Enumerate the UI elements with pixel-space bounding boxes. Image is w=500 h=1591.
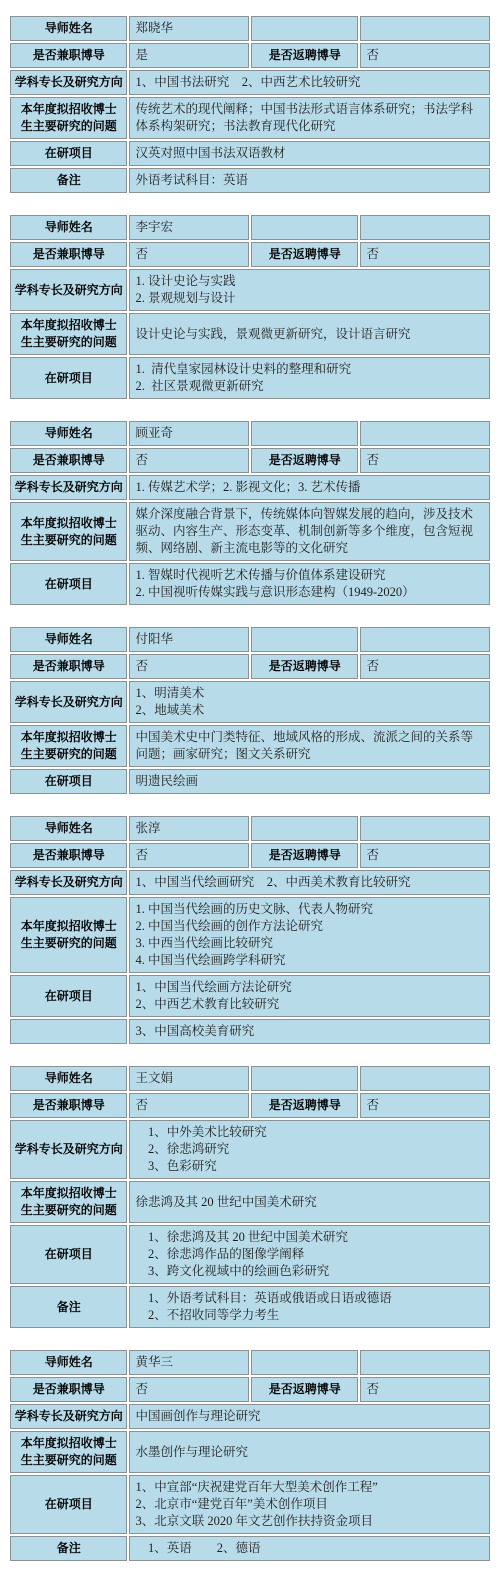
table-row: 是否兼职博导否是否返聘博导否 (10, 1093, 490, 1118)
field-label: 是否兼职博导 (10, 654, 127, 679)
text-line: 2. 中国视听传媒实践与意识形态建构（1949-2020） (135, 584, 484, 601)
table-row: 导师姓名黄华三 (10, 1350, 490, 1375)
table-row: 本年度拟招收博士生主要研究的问题中国美术史中门类特征、地域风格的形成、流派之间的… (10, 725, 490, 767)
table-row: 本年度拟招收博士生主要研究的问题传统艺术的现代阐释；中国书法形式语言体系研究；书… (10, 97, 490, 139)
text-line: 3、中国高校美育研究 (135, 1023, 484, 1040)
field-value: 1、中国当代绘画方法论研究2、中西艺术教育比较研究 (129, 975, 490, 1017)
table-row: 导师姓名郑晓华 (10, 16, 490, 41)
field-value: 否 (360, 843, 490, 868)
text-line: 否 (135, 658, 243, 675)
text-line: 徐悲鸿及其 20 世纪中国美术研究 (135, 1194, 484, 1211)
text-line: 是否返聘博导 (253, 47, 356, 64)
advisor-table: 导师姓名王文娟是否兼职博导否是否返聘博导否学科专长及研究方向 1、中外美术比较研… (8, 1064, 492, 1330)
field-value: 3、中国高校美育研究 (129, 1019, 490, 1044)
field-value: 是 (129, 43, 249, 68)
text-line: 2、地域美术 (135, 702, 484, 719)
text-line: 2、徐悲鸿研究 (135, 1141, 484, 1158)
text-line: 是否返聘博导 (253, 658, 356, 675)
text-line: 否 (366, 1381, 484, 1398)
text-line: 否 (366, 246, 484, 263)
text-line: 导师姓名 (12, 219, 125, 236)
field-value: 1、徐悲鸿及其 20 世纪中国美术研究 2、徐悲鸿作品的图像学阐释 3、跨文化视… (129, 1225, 490, 1284)
text-line: 导师姓名 (12, 20, 125, 37)
table-row: 本年度拟招收博士生主要研究的问题徐悲鸿及其 20 世纪中国美术研究 (10, 1181, 490, 1223)
field-value: 否 (129, 843, 249, 868)
text-line: 在研项目 (12, 1246, 125, 1263)
field-value (251, 627, 358, 652)
text-line: 是否返聘博导 (253, 1381, 356, 1398)
text-line: 生主要研究的问题 (12, 118, 125, 135)
text-line: 汉英对照中国书法双语教材 (135, 145, 484, 162)
text-line: 水墨创作与理论研究 (135, 1444, 484, 1461)
field-value: 水墨创作与理论研究 (129, 1431, 490, 1473)
text-line: 本年度拟招收博士 (12, 515, 125, 532)
table-row: 是否兼职博导否是否返聘博导否 (10, 843, 490, 868)
field-label: 是否兼职博导 (10, 242, 127, 267)
field-label: 学科专长及研究方向 (10, 1404, 127, 1429)
text-line: 是否返聘博导 (253, 1097, 356, 1114)
field-label: 导师姓名 (10, 1066, 127, 1091)
text-line: 是否兼职博导 (12, 452, 125, 469)
table-row: 在研项目 1、徐悲鸿及其 20 世纪中国美术研究 2、徐悲鸿作品的图像学阐释 3… (10, 1225, 490, 1284)
text-line: 媒介深度融合背景下，传统媒体向智媒发展的趋向，涉及技术驱动、内容生产、形态变革、… (135, 506, 484, 557)
field-value: 1、中国书法研究 2、中西艺术比较研究 (129, 70, 490, 95)
field-label: 在研项目 (10, 563, 127, 605)
text-line: 备注 (12, 1299, 125, 1316)
text-line: 是否返聘博导 (253, 452, 356, 469)
text-line: 本年度拟招收博士 (12, 729, 125, 746)
text-line: 否 (135, 452, 243, 469)
field-value: 付阳华 (129, 627, 249, 652)
field-value: 否 (360, 448, 490, 473)
field-label (10, 1019, 127, 1044)
text-line: 郑晓华 (135, 20, 243, 37)
field-value: 外语考试科目：英语 (129, 168, 490, 193)
text-line: 生主要研究的问题 (12, 532, 125, 549)
text-line: 导师姓名 (12, 425, 125, 442)
text-line: 是否返聘博导 (253, 246, 356, 263)
field-value: 否 (360, 1377, 490, 1402)
text-line: 本年度拟招收博士 (12, 101, 125, 118)
text-line: 否 (366, 452, 484, 469)
field-value: 1. 中国当代绘画的历史文脉、代表人物研究2. 中国当代绘画的创作方法论研究3.… (129, 897, 490, 973)
text-line: 顾亚奇 (135, 425, 243, 442)
advisor-table: 导师姓名顾亚奇是否兼职博导否是否返聘博导否学科专长及研究方向1. 传媒艺术学；2… (8, 419, 492, 607)
text-line: 李宇宏 (135, 219, 243, 236)
text-line: 否 (135, 1381, 243, 1398)
document-body: { "colors": { "cell_bg": "#b7dbe9", "bor… (0, 0, 500, 1591)
table-row: 本年度拟招收博士生主要研究的问题媒介深度融合背景下，传统媒体向智媒发展的趋向，涉… (10, 502, 490, 561)
text-line: 生主要研究的问题 (12, 746, 125, 763)
field-label: 导师姓名 (10, 816, 127, 841)
field-value (360, 421, 490, 446)
text-line: 生主要研究的问题 (12, 1202, 125, 1219)
field-value (360, 627, 490, 652)
field-value: 否 (129, 1377, 249, 1402)
field-value: 王文娟 (129, 1066, 249, 1091)
text-line: 1. 智媒时代视听艺术传播与价值体系建设研究 (135, 567, 484, 584)
field-value: 李宇宏 (129, 215, 249, 240)
field-label: 在研项目 (10, 357, 127, 399)
table-row: 在研项目1、中国当代绘画方法论研究2、中西艺术教育比较研究 (10, 975, 490, 1017)
text-line: 本年度拟招收博士 (12, 1185, 125, 1202)
text-line: 是否兼职博导 (12, 246, 125, 263)
table-row: 导师姓名王文娟 (10, 1066, 490, 1091)
text-line: 是否兼职博导 (12, 47, 125, 64)
text-line: 2. 中国当代绘画的创作方法论研究 (135, 918, 484, 935)
table-row: 是否兼职博导否是否返聘博导否 (10, 448, 490, 473)
text-line: 1. 清代皇家园林设计史料的整理和研究 (135, 361, 484, 378)
field-value: 中国美术史中门类特征、地域风格的形成、流派之间的关系等问题；画家研究；图文关系研… (129, 725, 490, 767)
table-row: 导师姓名张淳 (10, 816, 490, 841)
field-value: 否 (360, 43, 490, 68)
field-value: 徐悲鸿及其 20 世纪中国美术研究 (129, 1181, 490, 1223)
text-line: 备注 (12, 1540, 125, 1557)
text-line: 张淳 (135, 820, 243, 837)
field-value: 张淳 (129, 816, 249, 841)
field-value: 媒介深度融合背景下，传统媒体向智媒发展的趋向，涉及技术驱动、内容生产、形态变革、… (129, 502, 490, 561)
table-row: 在研项目1、中宣部“庆祝建党百年大型美术创作工程”2、北京市“建党百年”美术创作… (10, 1475, 490, 1534)
table-row: 本年度拟招收博士生主要研究的问题水墨创作与理论研究 (10, 1431, 490, 1473)
text-line: 2. 景观规划与设计 (135, 290, 484, 307)
table-row: 导师姓名付阳华 (10, 627, 490, 652)
field-value (360, 1350, 490, 1375)
field-value: 否 (360, 242, 490, 267)
text-line: 1. 设计史论与实践 (135, 273, 484, 290)
field-value (360, 816, 490, 841)
text-line: 是否兼职博导 (12, 847, 125, 864)
text-line: 在研项目 (12, 576, 125, 593)
field-label: 是否返聘博导 (251, 843, 358, 868)
field-value: 1. 智媒时代视听艺术传播与价值体系建设研究2. 中国视听传媒实践与意识形态建构… (129, 563, 490, 605)
document-page: 导师姓名郑晓华是否兼职博导是是否返聘博导否学科专长及研究方向1、中国书法研究 2… (0, 0, 500, 1591)
field-value: 1、明清美术2、地域美术 (129, 681, 490, 723)
table-row: 在研项目汉英对照中国书法双语教材 (10, 141, 490, 166)
text-line: 否 (366, 47, 484, 64)
text-line: 中国画创作与理论研究 (135, 1408, 484, 1425)
field-label: 在研项目 (10, 1475, 127, 1534)
text-line: 学科专长及研究方向 (12, 282, 125, 299)
field-value: 顾亚奇 (129, 421, 249, 446)
table-row: 备注 1、英语 2、德语 (10, 1536, 490, 1561)
field-value: 1. 传媒艺术学；2. 影视文化；3. 艺术传播 (129, 475, 490, 500)
field-label: 是否返聘博导 (251, 242, 358, 267)
text-line: 2、中西艺术教育比较研究 (135, 996, 484, 1013)
text-line: 导师姓名 (12, 1070, 125, 1087)
field-label: 导师姓名 (10, 16, 127, 41)
table-row: 3、中国高校美育研究 (10, 1019, 490, 1044)
text-line: 1、英语 2、德语 (135, 1540, 484, 1557)
text-line: 生主要研究的问题 (12, 935, 125, 952)
table-row: 在研项目1. 清代皇家园林设计史料的整理和研究2. 社区景观微更新研究 (10, 357, 490, 399)
advisor-table: 导师姓名李宇宏是否兼职博导否是否返聘博导否学科专长及研究方向1. 设计史论与实践… (8, 213, 492, 401)
table-row: 导师姓名顾亚奇 (10, 421, 490, 446)
table-row: 备注外语考试科目：英语 (10, 168, 490, 193)
text-line: 1. 传媒艺术学；2. 影视文化；3. 艺术传播 (135, 479, 484, 496)
text-line: 生主要研究的问题 (12, 1452, 125, 1469)
text-line: 否 (135, 1097, 243, 1114)
text-line: 学科专长及研究方向 (12, 874, 125, 891)
text-line: 1、外语考试科目：英语或俄语或日语或德语 (135, 1290, 484, 1307)
text-line: 本年度拟招收博士 (12, 317, 125, 334)
text-line: 否 (135, 246, 243, 263)
table-row: 是否兼职博导是是否返聘博导否 (10, 43, 490, 68)
field-label: 是否返聘博导 (251, 654, 358, 679)
text-line: 本年度拟招收博士 (12, 918, 125, 935)
field-value: 1. 设计史论与实践2. 景观规划与设计 (129, 269, 490, 311)
field-label: 是否兼职博导 (10, 448, 127, 473)
field-value: 1. 清代皇家园林设计史料的整理和研究2. 社区景观微更新研究 (129, 357, 490, 399)
field-value: 汉英对照中国书法双语教材 (129, 141, 490, 166)
text-line: 明遗民绘画 (135, 773, 484, 790)
field-label: 是否返聘博导 (251, 43, 358, 68)
field-value: 明遗民绘画 (129, 769, 490, 794)
field-label: 在研项目 (10, 141, 127, 166)
text-line: 1、明清美术 (135, 685, 484, 702)
text-line: 导师姓名 (12, 1354, 125, 1371)
field-value (251, 16, 358, 41)
text-line: 是否返聘博导 (253, 847, 356, 864)
table-row: 学科专长及研究方向1、中国书法研究 2、中西艺术比较研究 (10, 70, 490, 95)
text-line: 3、色彩研究 (135, 1158, 484, 1175)
text-line: 3、跨文化视域中的绘画色彩研究 (135, 1263, 484, 1280)
field-label: 学科专长及研究方向 (10, 681, 127, 723)
field-label: 本年度拟招收博士生主要研究的问题 (10, 313, 127, 355)
field-value: 否 (129, 654, 249, 679)
table-row: 是否兼职博导否是否返聘博导否 (10, 654, 490, 679)
text-line: 备注 (12, 172, 125, 189)
text-line: 是否兼职博导 (12, 1097, 125, 1114)
text-line: 本年度拟招收博士 (12, 1435, 125, 1452)
field-label: 是否兼职博导 (10, 1377, 127, 1402)
field-label: 在研项目 (10, 769, 127, 794)
text-line: 学科专长及研究方向 (12, 1141, 125, 1158)
text-line: 学科专长及研究方向 (12, 1408, 125, 1425)
field-label: 是否返聘博导 (251, 448, 358, 473)
text-line: 是否兼职博导 (12, 658, 125, 675)
text-line: 否 (135, 847, 243, 864)
table-row: 本年度拟招收博士生主要研究的问题设计史论与实践，景观微更新研究，设计语言研究 (10, 313, 490, 355)
field-label: 是否兼职博导 (10, 843, 127, 868)
table-row: 学科专长及研究方向1. 设计史论与实践2. 景观规划与设计 (10, 269, 490, 311)
field-label: 导师姓名 (10, 1350, 127, 1375)
field-value: 1、中宣部“庆祝建党百年大型美术创作工程”2、北京市“建党百年”美术创作项目3、… (129, 1475, 490, 1534)
field-label: 本年度拟招收博士生主要研究的问题 (10, 897, 127, 973)
text-line: 在研项目 (12, 988, 125, 1005)
text-line: 设计史论与实践，景观微更新研究，设计语言研究 (135, 326, 484, 343)
text-line: 在研项目 (12, 773, 125, 790)
field-label: 是否返聘博导 (251, 1377, 358, 1402)
field-label: 本年度拟招收博士生主要研究的问题 (10, 97, 127, 139)
text-line: 否 (366, 658, 484, 675)
field-label: 导师姓名 (10, 627, 127, 652)
field-value: 黄华三 (129, 1350, 249, 1375)
text-line: 导师姓名 (12, 631, 125, 648)
tables-area: 导师姓名郑晓华是否兼职博导是是否返聘博导否学科专长及研究方向1、中国书法研究 2… (8, 14, 492, 1563)
table-row: 学科专长及研究方向1、中国当代绘画研究 2、中西美术教育比较研究 (10, 870, 490, 895)
field-value (251, 215, 358, 240)
table-row: 本年度拟招收博士生主要研究的问题1. 中国当代绘画的历史文脉、代表人物研究2. … (10, 897, 490, 973)
field-value (251, 816, 358, 841)
text-line: 在研项目 (12, 370, 125, 387)
text-line: 学科专长及研究方向 (12, 479, 125, 496)
field-label: 是否兼职博导 (10, 43, 127, 68)
text-line: 付阳华 (135, 631, 243, 648)
field-label: 本年度拟招收博士生主要研究的问题 (10, 1181, 127, 1223)
text-line: 生主要研究的问题 (12, 334, 125, 351)
text-line: 1、中国当代绘画方法论研究 (135, 979, 484, 996)
advisor-table: 导师姓名付阳华是否兼职博导否是否返聘博导否学科专长及研究方向1、明清美术2、地域… (8, 625, 492, 796)
text-line: 2. 社区景观微更新研究 (135, 378, 484, 395)
field-value: 否 (129, 1093, 249, 1118)
text-line: 否 (366, 847, 484, 864)
field-label: 备注 (10, 1286, 127, 1328)
text-line: 是 (135, 47, 243, 64)
field-value: 否 (129, 448, 249, 473)
text-line: 1、中外美术比较研究 (135, 1124, 484, 1141)
text-line: 在研项目 (12, 1496, 125, 1513)
field-value: 传统艺术的现代阐释；中国书法形式语言体系研究；书法学科体系构架研究；书法教育现代… (129, 97, 490, 139)
table-row: 学科专长及研究方向1、明清美术2、地域美术 (10, 681, 490, 723)
text-line: 1. 中国当代绘画的历史文脉、代表人物研究 (135, 901, 484, 918)
field-label: 本年度拟招收博士生主要研究的问题 (10, 725, 127, 767)
text-line: 2、北京市“建党百年”美术创作项目 (135, 1496, 484, 1513)
text-line: 导师姓名 (12, 820, 125, 837)
field-value (251, 1066, 358, 1091)
text-line: 黄华三 (135, 1354, 243, 1371)
table-row: 学科专长及研究方向1. 传媒艺术学；2. 影视文化；3. 艺术传播 (10, 475, 490, 500)
field-value: 否 (129, 242, 249, 267)
field-label: 在研项目 (10, 975, 127, 1017)
advisor-table: 导师姓名黄华三是否兼职博导否是否返聘博导否学科专长及研究方向中国画创作与理论研究… (8, 1348, 492, 1563)
field-value (251, 421, 358, 446)
field-label: 备注 (10, 1536, 127, 1561)
text-line: 王文娟 (135, 1070, 243, 1087)
text-line: 2、不招收同等学力考生 (135, 1307, 484, 1324)
text-line: 1、徐悲鸿及其 20 世纪中国美术研究 (135, 1229, 484, 1246)
text-line: 外语考试科目：英语 (135, 172, 484, 189)
field-label: 学科专长及研究方向 (10, 475, 127, 500)
field-value (251, 1350, 358, 1375)
text-line: 4. 中国当代绘画跨学科研究 (135, 952, 484, 969)
field-value (360, 16, 490, 41)
field-value: 1、中外美术比较研究 2、徐悲鸿研究 3、色彩研究 (129, 1120, 490, 1179)
field-label: 导师姓名 (10, 215, 127, 240)
field-label: 导师姓名 (10, 421, 127, 446)
field-value: 1、外语考试科目：英语或俄语或日语或德语 2、不招收同等学力考生 (129, 1286, 490, 1328)
text-line: 传统艺术的现代阐释；中国书法形式语言体系研究；书法学科体系构架研究；书法教育现代… (135, 101, 484, 135)
text-line: 1、中国当代绘画研究 2、中西美术教育比较研究 (135, 874, 484, 891)
table-row: 备注 1、外语考试科目：英语或俄语或日语或德语 2、不招收同等学力考生 (10, 1286, 490, 1328)
field-label: 在研项目 (10, 1225, 127, 1284)
table-row: 是否兼职博导否是否返聘博导否 (10, 242, 490, 267)
field-value: 否 (360, 654, 490, 679)
field-label: 是否返聘博导 (251, 1093, 358, 1118)
text-line: 1、中宣部“庆祝建党百年大型美术创作工程” (135, 1479, 484, 1496)
text-line: 3. 中西当代绘画比较研究 (135, 935, 484, 952)
text-line: 学科专长及研究方向 (12, 694, 125, 711)
field-value (360, 1066, 490, 1091)
field-label: 是否兼职博导 (10, 1093, 127, 1118)
table-row: 学科专长及研究方向中国画创作与理论研究 (10, 1404, 490, 1429)
advisor-table: 导师姓名郑晓华是否兼职博导是是否返聘博导否学科专长及研究方向1、中国书法研究 2… (8, 14, 492, 195)
table-row: 是否兼职博导否是否返聘博导否 (10, 1377, 490, 1402)
text-line: 在研项目 (12, 145, 125, 162)
field-value: 1、英语 2、德语 (129, 1536, 490, 1561)
table-row: 学科专长及研究方向 1、中外美术比较研究 2、徐悲鸿研究 3、色彩研究 (10, 1120, 490, 1179)
field-value: 中国画创作与理论研究 (129, 1404, 490, 1429)
field-value: 郑晓华 (129, 16, 249, 41)
field-value (360, 215, 490, 240)
field-value: 1、中国当代绘画研究 2、中西美术教育比较研究 (129, 870, 490, 895)
field-value: 设计史论与实践，景观微更新研究，设计语言研究 (129, 313, 490, 355)
table-row: 导师姓名李宇宏 (10, 215, 490, 240)
text-line: 否 (366, 1097, 484, 1114)
text-line: 是否兼职博导 (12, 1381, 125, 1398)
field-value: 否 (360, 1093, 490, 1118)
field-label: 学科专长及研究方向 (10, 1120, 127, 1179)
field-label: 备注 (10, 168, 127, 193)
advisor-table: 导师姓名张淳是否兼职博导否是否返聘博导否学科专长及研究方向1、中国当代绘画研究 … (8, 814, 492, 1046)
table-row: 在研项目1. 智媒时代视听艺术传播与价值体系建设研究2. 中国视听传媒实践与意识… (10, 563, 490, 605)
field-label: 学科专长及研究方向 (10, 870, 127, 895)
field-label: 本年度拟招收博士生主要研究的问题 (10, 1431, 127, 1473)
field-label: 学科专长及研究方向 (10, 269, 127, 311)
text-line: 学科专长及研究方向 (12, 74, 125, 91)
text-line: 中国美术史中门类特征、地域风格的形成、流派之间的关系等问题；画家研究；图文关系研… (135, 729, 484, 763)
field-label: 学科专长及研究方向 (10, 70, 127, 95)
text-line: 3、北京文联 2020 年文艺创作扶持资金项目 (135, 1513, 484, 1530)
field-label: 本年度拟招收博士生主要研究的问题 (10, 502, 127, 561)
text-line: 1、中国书法研究 2、中西艺术比较研究 (135, 74, 484, 91)
table-row: 在研项目明遗民绘画 (10, 769, 490, 794)
text-line: 2、徐悲鸿作品的图像学阐释 (135, 1246, 484, 1263)
